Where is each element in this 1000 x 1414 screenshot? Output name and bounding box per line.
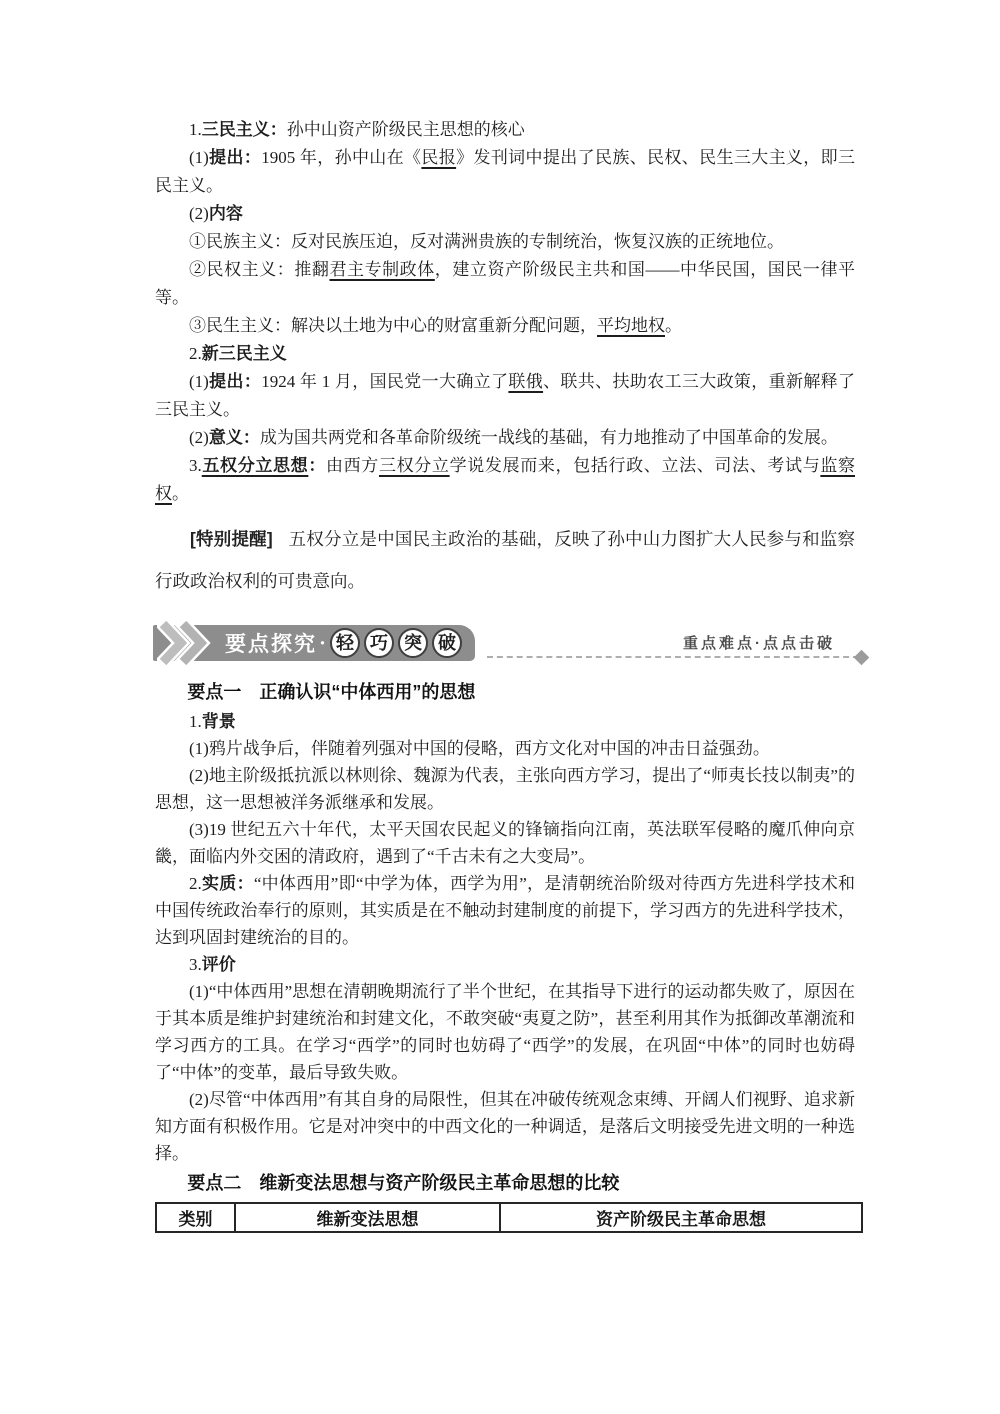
text-run: 评价 (202, 955, 236, 974)
banner-separator-dot: · (319, 631, 326, 656)
text-run: (1) (189, 148, 209, 167)
paragraph: ③民生主义：解决以土地为中心的财富重新分配问题，平均地权。 (155, 312, 855, 340)
text-run: 背景 (202, 712, 236, 731)
text-run: 意义： (209, 428, 260, 447)
text-run: 1. (189, 120, 202, 139)
paragraph: (1)鸦片战争后，伴随着列强对中国的侵略，西方文化对中国的冲击日益强劲。 (155, 735, 855, 762)
text-run: (2) (189, 428, 209, 447)
circled-char: 轻 (330, 628, 360, 658)
text-run: 三权分立 (379, 456, 450, 475)
text-run: 三民主义： (202, 120, 287, 139)
text-run: 提出： (209, 148, 261, 167)
text-run: ②民权主义：推翻 (189, 260, 329, 279)
text-run: “中体西用”即“中学为体，西学为用”，是清朝统治阶级对待西方先进科学技术和中国传… (155, 874, 855, 947)
special-note-tag: [特别提醒] (190, 529, 273, 549)
text-run: (2)尽管“中体西用”有其自身的局限性，但其在冲破传统观念束缚、开阔人们视野、追… (155, 1090, 855, 1163)
text-run: 民报 (421, 148, 456, 167)
paragraph: (2)地主阶级抵抗派以林则徐、魏源为代表，主张向西方学习，提出了“师夷长技以制夷… (155, 762, 855, 816)
circled-char: 巧 (364, 628, 394, 658)
text-run: 1. (189, 712, 202, 731)
paragraph: ②民权主义：推翻君主专制政体，建立资产阶级民主共和国——中华民国，国民一律平等。 (155, 256, 855, 312)
text-run: (2) (189, 204, 209, 223)
paragraph: (1)提出：1905 年，孙中山在《民报》发刊词中提出了民族、民权、民生三大主义… (155, 144, 855, 200)
text-run: 1924 年 1 月，国民党一大确立了 (261, 372, 508, 391)
comparison-table: 类别 维新变法思想 资产阶级民主革命思想 (155, 1202, 863, 1233)
text-run: ③民生主义：解决以土地为中心的财富重新分配问题， (189, 316, 597, 335)
paragraph: (2)尽管“中体西用”有其自身的局限性，但其在冲破传统观念束缚、开阔人们视野、追… (155, 1086, 855, 1167)
text-run: 新三民主义 (202, 344, 287, 363)
document-page: 1.三民主义：孙中山资产阶级民主思想的核心 (1)提出：1905 年，孙中山在《… (0, 0, 1000, 1414)
page-content: 1.三民主义：孙中山资产阶级民主思想的核心 (1)提出：1905 年，孙中山在《… (155, 116, 855, 1233)
paragraph: 1.三民主义：孙中山资产阶级民主思想的核心 (155, 116, 855, 144)
paragraph: (2)内容 (155, 200, 855, 228)
text-run: (1)鸦片战争后，伴随着列强对中国的侵略，西方文化对中国的冲击日益强劲。 (189, 739, 770, 758)
text-run: 实质： (202, 874, 254, 893)
text-run: 联俄 (508, 372, 543, 391)
text-run: 内容 (209, 204, 243, 223)
dashed-divider (487, 656, 859, 658)
text-run: 2. (189, 344, 202, 363)
text-run: (2)地主阶级抵抗派以林则徐、魏源为代表，主张向西方学习，提出了“师夷长技以制夷… (155, 766, 855, 812)
text-run: 由西方 (326, 456, 379, 475)
table-header-cell: 类别 (156, 1203, 235, 1232)
circled-char: 突 (398, 628, 428, 658)
text-run: 2. (189, 874, 202, 893)
text-run: 平均地权 (597, 316, 665, 335)
text-run: 3. (189, 955, 202, 974)
double-chevron-icon (157, 619, 227, 667)
text-run: ： (308, 456, 326, 475)
paragraph: 2.实质：“中体西用”即“中学为体，西学为用”，是清朝统治阶级对待西方先进科学技… (155, 870, 855, 951)
diamond-icon (854, 650, 870, 666)
text-run: ①民族主义：反对民族压迫，反对满洲贵族的专制统治，恢复汉族的正统地位。 (189, 232, 784, 251)
text-run: (1)“中体西用”思想在清朝晚期流行了半个世纪，在其指导下进行的运动都失败了，原… (155, 982, 855, 1082)
text-run: 君主专制政体 (329, 260, 434, 279)
paragraph: (1)提出：1924 年 1 月，国民党一大确立了联俄、联共、扶助农工三大政策，… (155, 368, 855, 424)
section-banner: 要点探究 · 轻 巧 突 破 重点难点·点点击破 (153, 622, 875, 664)
notes-section: 1.三民主义：孙中山资产阶级民主思想的核心 (1)提出：1905 年，孙中山在《… (155, 116, 855, 508)
text-run: 学说发展而来，包括行政、立法、司法、考试与 (450, 456, 821, 475)
banner-bar: 要点探究 · 轻 巧 突 破 (153, 625, 475, 661)
paragraph: (3)19 世纪五六十年代，太平天国农民起义的锋镝指向江南，英法联军侵略的魔爪伸… (155, 816, 855, 870)
table-header-row: 类别 维新变法思想 资产阶级民主革命思想 (156, 1203, 862, 1232)
text-run: 。 (172, 484, 189, 503)
paragraph: ①民族主义：反对民族压迫，反对满洲贵族的专制统治，恢复汉族的正统地位。 (155, 228, 855, 256)
text-run: (3)19 世纪五六十年代，太平天国农民起义的锋镝指向江南，英法联军侵略的魔爪伸… (155, 820, 855, 866)
text-run: 提出： (209, 372, 261, 391)
paragraph: (2)意义：成为国共两党和各革命阶级统一战线的基础，有力地推动了中国革命的发展。 (155, 424, 855, 452)
banner-right-label: 重点难点·点点击破 (683, 632, 835, 653)
paragraph: 1.背景 (155, 708, 855, 735)
banner-title: 要点探究 (225, 628, 317, 658)
text-run: 1905 年，孙中山在《 (261, 148, 421, 167)
text-run: 孙中山资产阶级民主思想的核心 (287, 120, 525, 139)
text-run: 成为国共两党和各革命阶级统一战线的基础，有力地推动了中国革命的发展。 (260, 428, 838, 447)
table-header-cell: 资产阶级民主革命思想 (500, 1203, 862, 1232)
text-run: 五权分立思想 (202, 456, 309, 475)
table-header-cell: 维新变法思想 (235, 1203, 500, 1232)
text-run: 3. (189, 456, 202, 475)
banner-circled-chars: 轻 巧 突 破 (330, 628, 462, 658)
special-note: [特别提醒]五权分立是中国民主政治的基础，反映了孙中山力图扩大人民参与和监察行政… (155, 518, 855, 602)
exploration-section: 要点一 正确认识“中体西用”的思想 1.背景 (1)鸦片战争后，伴随着列强对中国… (155, 678, 855, 1233)
paragraph: 2.新三民主义 (155, 340, 855, 368)
text-run: 。 (665, 316, 682, 335)
text-run: (1) (189, 372, 209, 391)
paragraph: 3.五权分立思想：由西方三权分立学说发展而来，包括行政、立法、司法、考试与监察权… (155, 452, 855, 508)
paragraph: (1)“中体西用”思想在清朝晚期流行了半个世纪，在其指导下进行的运动都失败了，原… (155, 978, 855, 1086)
paragraph: 3.评价 (155, 951, 855, 978)
topic-heading-1: 要点一 正确认识“中体西用”的思想 (155, 678, 855, 706)
topic-heading-2: 要点二 维新变法思想与资产阶级民主革命思想的比较 (155, 1169, 855, 1197)
circled-char: 破 (432, 628, 462, 658)
